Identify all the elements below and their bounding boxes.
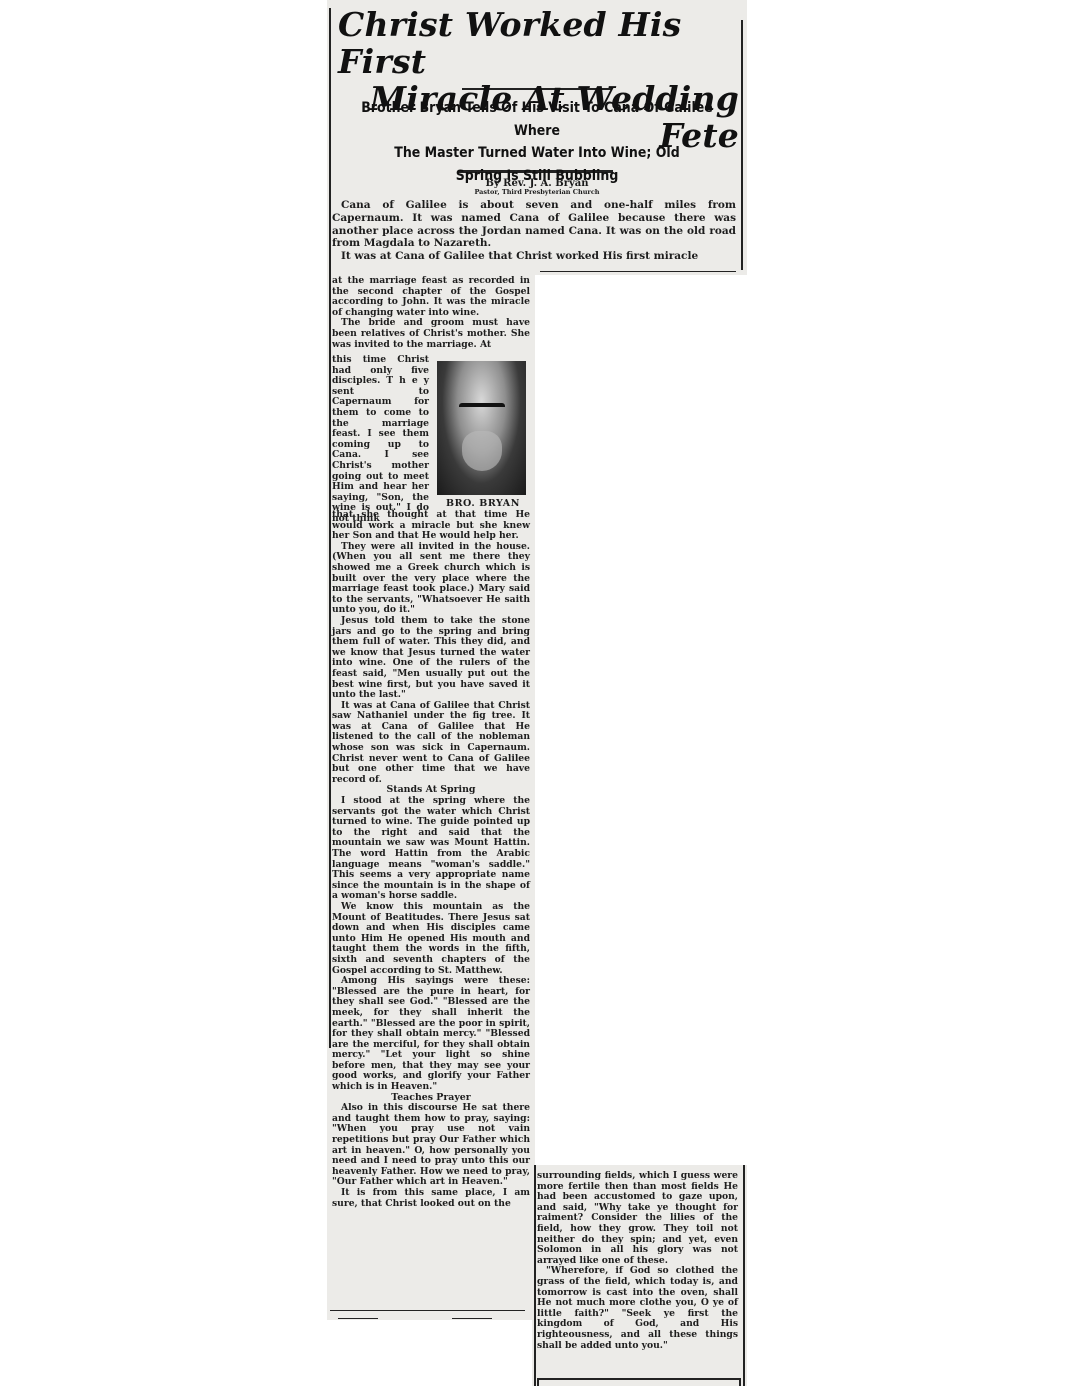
col1-end-rule [330,1310,525,1311]
photo-caption: BRO. BRYAN [437,498,529,509]
paragraph: It is from this same place, I am sure, t… [332,1188,530,1209]
column-1-body: that she thought at that time He would w… [332,510,530,1209]
paragraph: Among His sayings were these: "Blessed a… [332,976,530,1093]
col1-end-rule-short-a [338,1318,378,1319]
wide-intro: Cana of Galilee is about seven and one-h… [332,199,736,263]
column-2-body: surrounding fields, which I guess were m… [537,1171,738,1351]
paragraph: The bride and groom must have been relat… [332,318,530,350]
column-1-top: at the marriage feast as recorded in the… [332,276,530,350]
paragraph: Cana of Galilee is about seven and one-h… [332,199,736,250]
next-item-box-border [537,1378,741,1386]
author-title: Pastor, Third Presbyterian Church [332,189,742,196]
author-portrait-photo [437,361,526,495]
col1-end-rule-short-b [452,1318,492,1319]
col2-left-rule [534,1165,536,1386]
paragraph: We know this mountain as the Mount of Be… [332,902,530,976]
paragraph: that she thought at that time He would w… [332,510,530,542]
paragraph: this time Christ had only five disciples… [332,355,429,525]
paragraph: "Wherefore, if God so clothed the grass … [537,1266,738,1351]
deck-line-1: Brother Bryan Tells Of His Visit To Cana… [361,97,714,142]
headline-line-1: Christ Worked His First [338,6,743,80]
deck-line-2: The Master Turned Water Into Wine; Old [361,142,714,165]
paragraph: It was at Cana of Galilee that Christ sa… [332,701,530,786]
portrait-glasses-shape [459,403,505,419]
paragraph: I stood at the spring where the servants… [332,796,530,902]
col2-right-rule [743,1165,745,1386]
left-border-rule [329,8,331,1048]
column-break-rule [540,271,736,272]
portrait-beard-shape [462,431,502,471]
paragraph: It was at Cana of Galilee that Christ wo… [332,250,736,263]
paragraph: surrounding fields, which I guess were m… [537,1171,738,1266]
paragraph: at the marriage feast as recorded in the… [332,276,530,318]
paragraph: Jesus told them to take the stone jars a… [332,616,530,701]
paragraph: Also in this discourse He sat there and … [332,1103,530,1188]
column-1-wrap-beside-photo: this time Christ had only five disciples… [332,355,429,525]
subheadline-deck: Brother Bryan Tells Of His Visit To Cana… [361,97,714,187]
paragraph: They were all invited in the house. (Whe… [332,542,530,616]
